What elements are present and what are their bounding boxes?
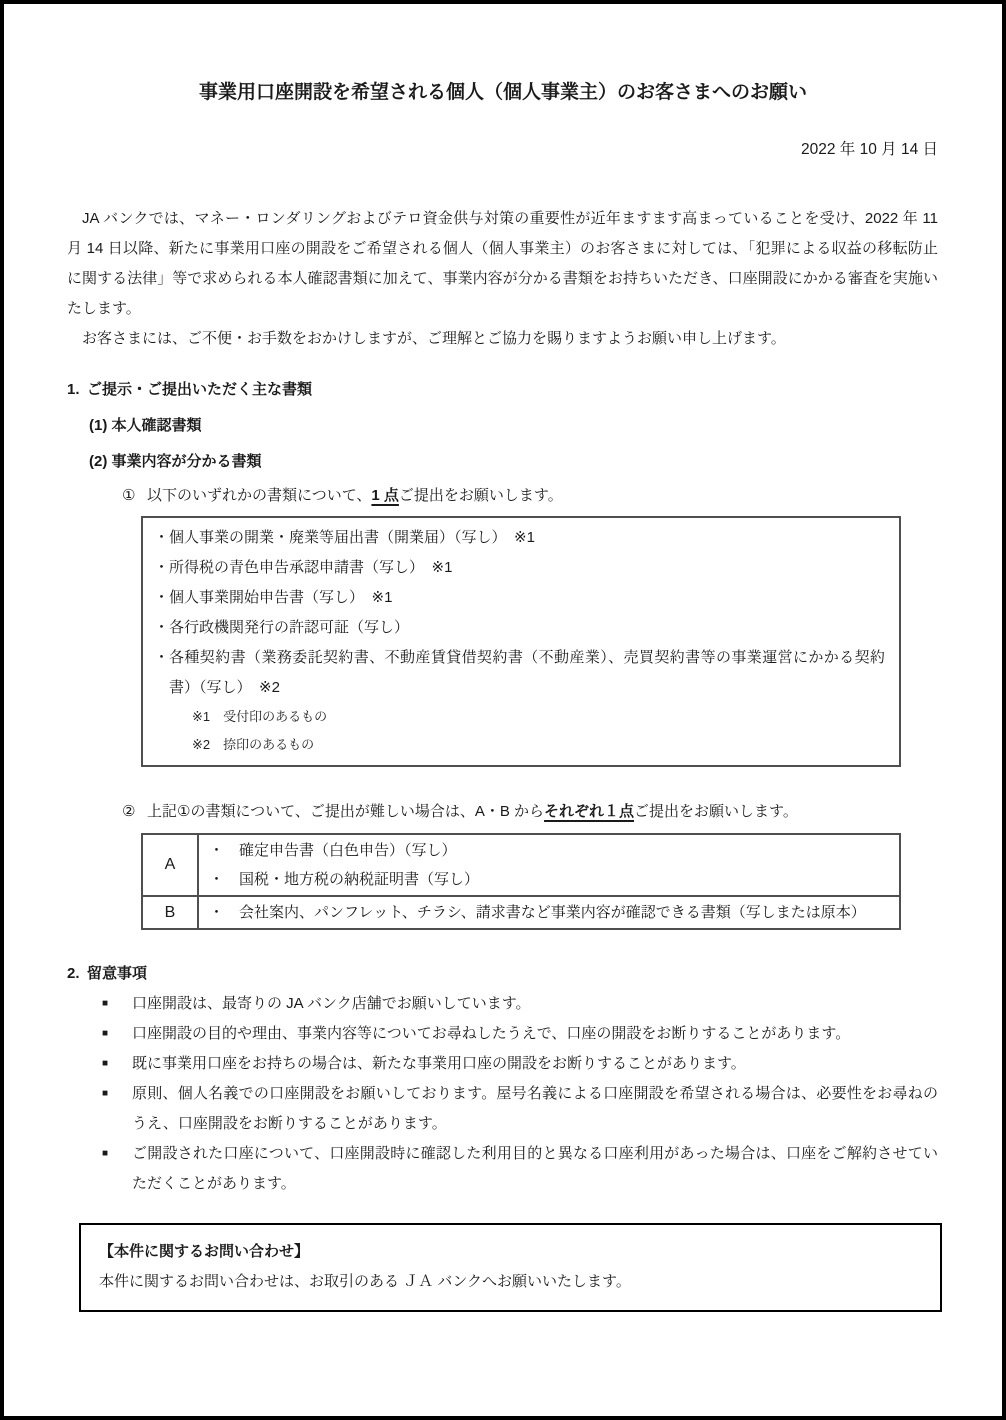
notice-item: ■ 口座開設の目的や理由、事業内容等についてお尋ねしたうえで、口座の開設をお断り…: [102, 1019, 938, 1049]
section1-heading: 1. ご提示・ご提出いただく主な書類: [67, 374, 1002, 405]
item2-lead: ② 上記①の書類について、ご提出が難しい場合は、A・B からそれぞれ１点ご提出を…: [122, 797, 1002, 827]
contact-body: 本件に関するお問い合わせは、お取引のある ＪＡ バンクへお願いいたします。: [99, 1267, 922, 1297]
table-row: B ・ 会社案内、パンフレット、チラシ、請求書など事業内容が確認できる書類（写し…: [142, 896, 900, 929]
document-item-label: 各行政機関発行の許認可証（写し）: [169, 613, 885, 643]
notice-item-label: 既に事業用口座をお持ちの場合は、新たな事業用口座の開設をお断りすることがあります…: [132, 1049, 938, 1079]
table-cell-item: ・ 会社案内、パンフレット、チラシ、請求書など事業内容が確認できる書類（写しまた…: [199, 898, 893, 927]
item1-emphasis: 1 点: [371, 487, 399, 504]
documents-box: ・ 個人事業の開業・廃業等届出書（開業届）（写し） ※1 ・ 所得税の青色申告承…: [141, 516, 901, 767]
square-bullet-icon: ■: [102, 1019, 132, 1049]
contact-box: 【本件に関するお問い合わせ】 本件に関するお問い合わせは、お取引のある ＪＡ バ…: [79, 1223, 942, 1312]
square-bullet-icon: ■: [102, 989, 132, 1019]
dot-bullet-icon: ・: [148, 643, 169, 703]
row-label-a: A: [142, 834, 198, 896]
square-bullet-icon: ■: [102, 1139, 132, 1199]
item1-lead-text: 以下のいずれかの書類について、1 点ご提出をお願いします。: [147, 481, 563, 511]
table-row: A ・ 確定申告書（白色申告）（写し） ・ 国税・地方税の納税証明書（写し）: [142, 834, 900, 896]
notice-item-label: 口座開設の目的や理由、事業内容等についてお尋ねしたうえで、口座の開設をお断りする…: [132, 1019, 938, 1049]
dot-bullet-icon: ・: [209, 836, 239, 865]
section2-heading-label: 留意事項: [87, 958, 147, 989]
table-item-label: 確定申告書（白色申告）（写し）: [239, 836, 893, 865]
notice-item: ■ 既に事業用口座をお持ちの場合は、新たな事業用口座の開設をお断りすることがあり…: [102, 1049, 938, 1079]
dot-bullet-icon: ・: [148, 613, 169, 643]
document-item-label: 個人事業の開業・廃業等届出書（開業届）（写し） ※1: [169, 523, 885, 553]
notice-item-label: 口座開設は、最寄りの JA バンク店舗でお願いしています。: [132, 989, 938, 1019]
contact-heading: 【本件に関するお問い合わせ】: [99, 1237, 922, 1267]
section2-heading: 2. 留意事項: [67, 958, 1002, 989]
item2-circled-number: ②: [122, 797, 147, 827]
row-label-b: B: [142, 896, 198, 929]
intro-paragraphs: JA バンクでは、マネー・ロンダリングおよびテロ資金供与対策の重要性が近年ますま…: [67, 204, 938, 354]
notice-item: ■ 原則、個人名義での口座開設をお願いしております。屋号名義による口座開設を希望…: [102, 1079, 938, 1139]
dot-bullet-icon: ・: [148, 523, 169, 553]
list-item: ・ 個人事業開始申告書（写し） ※1: [148, 583, 885, 613]
section1-heading-label: ご提示・ご提出いただく主な書類: [87, 374, 312, 405]
list-item: ・ 所得税の青色申告承認申請書（写し） ※1: [148, 553, 885, 583]
square-bullet-icon: ■: [102, 1079, 132, 1139]
item2-lead-text: 上記①の書類について、ご提出が難しい場合は、A・B からそれぞれ１点ご提出をお願…: [147, 797, 798, 827]
table-item-label: 国税・地方税の納税証明書（写し）: [239, 865, 893, 894]
document-item-label: 各種契約書（業務委託契約書、不動産賃貸借契約書（不動産業）、売買契約書等の事業運…: [169, 643, 885, 703]
notice-item: ■ ご開設された口座について、口座開設時に確認した利用目的と異なる口座利用があっ…: [102, 1139, 938, 1199]
dot-bullet-icon: ・: [209, 898, 239, 927]
intro-paragraph-1: JA バンクでは、マネー・ロンダリングおよびテロ資金供与対策の重要性が近年ますま…: [67, 204, 938, 324]
notice-item-label: 原則、個人名義での口座開設をお願いしております。屋号名義による口座開設を希望され…: [132, 1079, 938, 1139]
section1-sub2: (2) 事業内容が分かる書類: [89, 447, 1002, 477]
page-title: 事業用口座開設を希望される個人（個人事業主）のお客さまへのお願い: [4, 80, 1002, 106]
item1-circled-number: ①: [122, 481, 147, 511]
document-page: 事業用口座開設を希望される個人（個人事業主）のお客さまへのお願い 2022 年 …: [0, 0, 1006, 1420]
dot-bullet-icon: ・: [148, 553, 169, 583]
list-item: ・ 個人事業の開業・廃業等届出書（開業届）（写し） ※1: [148, 523, 885, 553]
document-item-label: 個人事業開始申告書（写し） ※1: [169, 583, 885, 613]
item1-lead: ① 以下のいずれかの書類について、1 点ご提出をお願いします。: [122, 481, 1002, 511]
date-label: 2022 年 10 月 14 日: [4, 140, 1002, 160]
notice-item-label: ご開設された口座について、口座開設時に確認した利用目的と異なる口座利用があった場…: [132, 1139, 938, 1199]
dot-bullet-icon: ・: [148, 583, 169, 613]
item2-emphasis: それぞれ１点: [544, 803, 634, 820]
square-bullet-icon: ■: [102, 1049, 132, 1079]
list-item: ・ 各種契約書（業務委託契約書、不動産賃貸借契約書（不動産業）、売買契約書等の事…: [148, 643, 885, 703]
notice-item: ■ 口座開設は、最寄りの JA バンク店舗でお願いしています。: [102, 989, 938, 1019]
section2-number: 2.: [67, 958, 87, 989]
section1-number: 1.: [67, 374, 87, 405]
table-cell-item: ・ 確定申告書（白色申告）（写し）: [199, 836, 893, 865]
table-item-label: 会社案内、パンフレット、チラシ、請求書など事業内容が確認できる書類（写しまたは原…: [239, 898, 893, 927]
dot-bullet-icon: ・: [209, 865, 239, 894]
list-item: ・ 各行政機関発行の許認可証（写し）: [148, 613, 885, 643]
ab-documents-table: A ・ 確定申告書（白色申告）（写し） ・ 国税・地方税の納税証明書（写し） B…: [141, 833, 901, 930]
section1-sub1: (1) 本人確認書類: [89, 411, 1002, 441]
document-item-label: 所得税の青色申告承認申請書（写し） ※1: [169, 553, 885, 583]
footnote-2: ※2 捺印のあるもの: [192, 731, 885, 759]
footnote-1: ※1 受付印のあるもの: [192, 703, 885, 731]
intro-paragraph-2: お客さまには、ご不便・お手数をおかけしますが、ご理解とご協力を賜りますようお願い…: [67, 324, 938, 354]
table-cell-item: ・ 国税・地方税の納税証明書（写し）: [199, 865, 893, 894]
